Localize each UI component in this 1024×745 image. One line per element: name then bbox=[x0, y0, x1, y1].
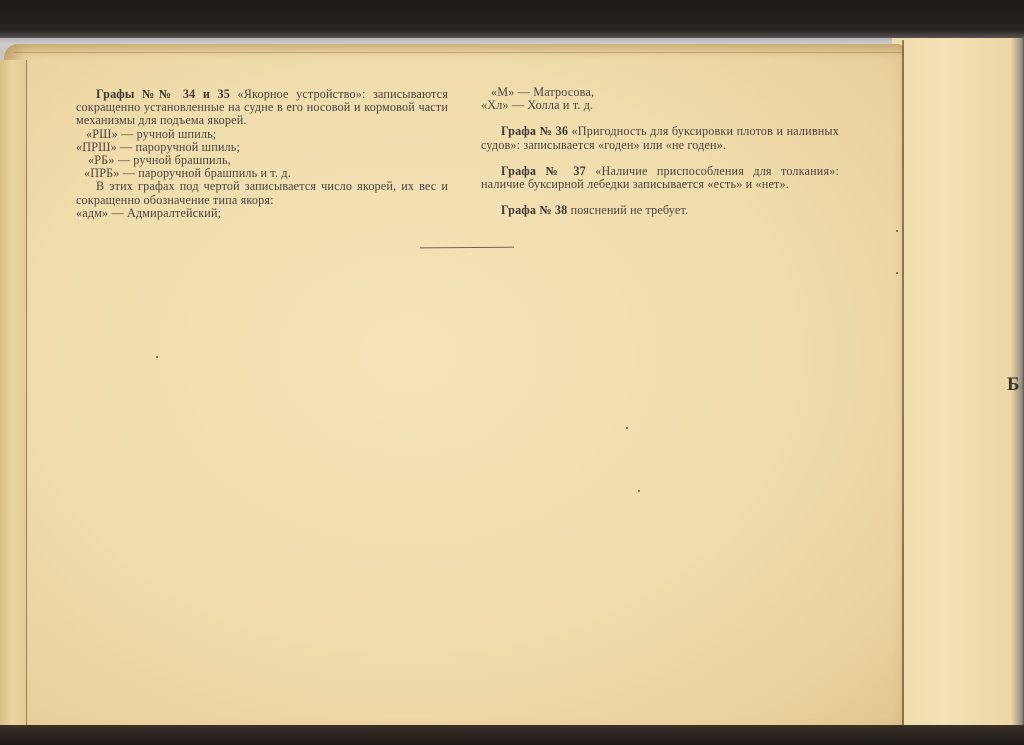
page-gutter bbox=[902, 40, 904, 730]
paragraph-grafa-38: Графа № 38 пояснений не требует. bbox=[481, 204, 839, 217]
binding-mark bbox=[896, 230, 898, 232]
page-stack-edge bbox=[0, 60, 27, 740]
section-heading: Графа № 36 bbox=[501, 124, 568, 138]
right-text-column: «М» — Матросова, «Хл» — Холла и т. д. Гр… bbox=[481, 86, 839, 217]
list-item: «РШ» — ручной шпиль; bbox=[76, 128, 448, 141]
scanned-spread: Б Графы №№ 34 и 35 «Якорное устройство»:… bbox=[0, 0, 1024, 745]
paragraph-grafa-36: Графа № 36 «Пригодность для буксировки п… bbox=[481, 125, 839, 151]
list-item: «Хл» — Холла и т. д. bbox=[481, 99, 839, 112]
paper-speck bbox=[638, 490, 640, 492]
paper-speck bbox=[626, 427, 628, 429]
scanner-bottom-shadow bbox=[0, 725, 1024, 745]
paragraph-grafa-37: Графа № 37 «Наличие приспособления для т… bbox=[481, 165, 839, 191]
list-item: «адм» — Адмиралтейский; bbox=[76, 207, 448, 220]
paragraph-text: пояснений не требует. bbox=[567, 203, 688, 217]
paper-speck bbox=[156, 356, 158, 358]
paragraph-anchor-count: В этих графах под чертой записывается чи… bbox=[76, 180, 448, 206]
section-heading: Графы №№ 34 и 35 bbox=[96, 87, 230, 101]
section-heading: Графа № 37 bbox=[501, 164, 586, 178]
paragraph-grafy-34-35: Графы №№ 34 и 35 «Якорное устройство»: з… bbox=[76, 88, 448, 128]
section-heading: Графа № 38 bbox=[501, 203, 567, 217]
left-text-column: Графы №№ 34 и 35 «Якорное устройство»: з… bbox=[76, 88, 448, 220]
next-page-edge bbox=[892, 38, 1024, 728]
binding-mark bbox=[896, 272, 898, 274]
next-page-edge-letter: Б bbox=[1007, 374, 1020, 396]
scanner-top-shadow bbox=[0, 0, 1024, 38]
